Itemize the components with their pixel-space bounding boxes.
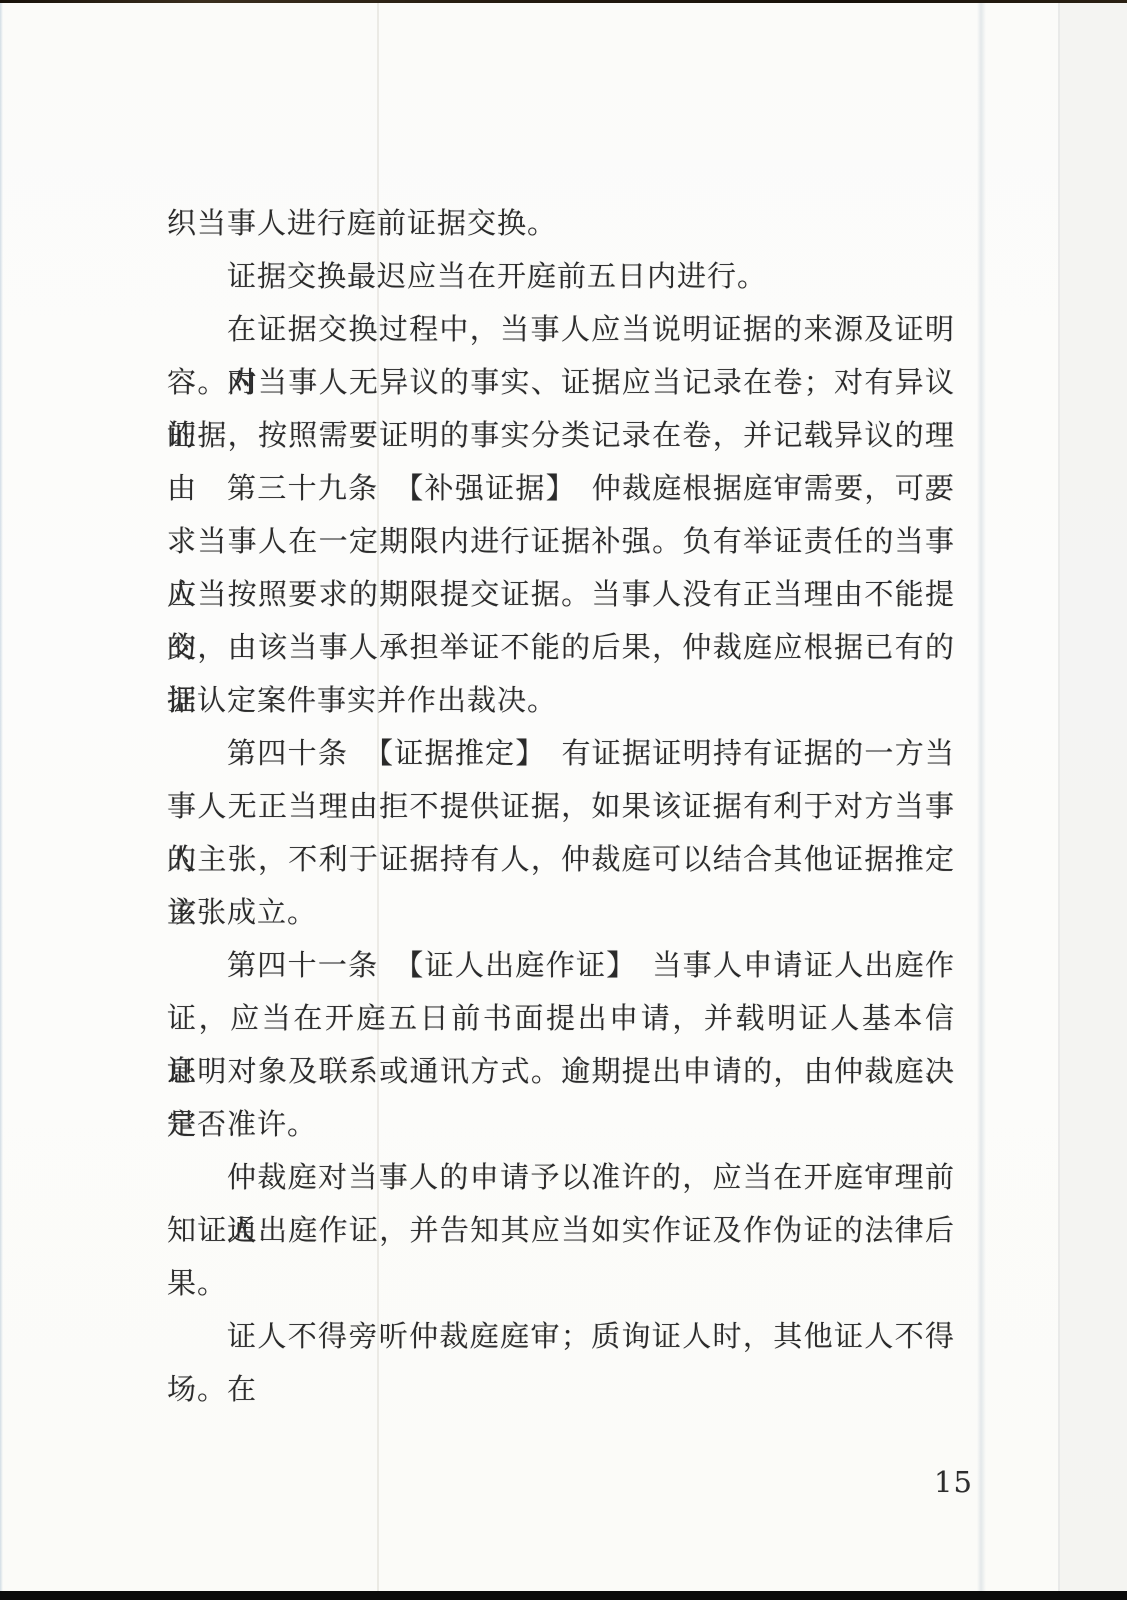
page-number: 15 — [934, 1465, 973, 1499]
document-text-block: 织当事人进行庭前证据交换。证据交换最迟应当在开庭前五日内进行。在证据交换过程中，… — [167, 197, 955, 1416]
text-line: 仲裁庭对当事人的申请予以准许的，应当在开庭审理前通 — [167, 1151, 955, 1204]
text-line: 是否准许。 — [167, 1098, 955, 1151]
page-fold-line — [977, 0, 986, 1600]
text-line: 证明对象及联系或通讯方式。逾期提出申请的，由仲裁庭决定 — [167, 1045, 955, 1098]
text-line: 第三十九条 【补强证据】 仲裁庭根据庭审需要，可要 — [167, 462, 955, 515]
scan-edge-top — [0, 0, 1127, 3]
text-line: 织当事人进行庭前证据交换。 — [167, 197, 955, 250]
text-line: 第四十一条 【证人出庭作证】 当事人申请证人出庭作 — [167, 939, 955, 992]
text-line: 的主张，不利于证据持有人，仲裁庭可以结合其他证据推定该 — [167, 833, 955, 886]
text-line: 求当事人在一定期限内进行证据补强。负有举证责任的当事人 — [167, 515, 955, 568]
scan-edge-bottom — [0, 1591, 1127, 1600]
scan-right-strip — [1060, 0, 1127, 1600]
text-line: 场。 — [167, 1363, 955, 1416]
text-line: 知证人出庭作证，并告知其应当如实作证及作伪证的法律后 — [167, 1204, 955, 1257]
text-line: 事人无正当理由拒不提供证据，如果该证据有利于对方当事人 — [167, 780, 955, 833]
scanned-document-page: 织当事人进行庭前证据交换。证据交换最迟应当在开庭前五日内进行。在证据交换过程中，… — [0, 0, 1127, 1600]
text-line: 的，由该当事人承担举证不能的后果，仲裁庭应根据已有的证 — [167, 621, 955, 674]
text-line: 容。对当事人无异议的事实、证据应当记录在卷；对有异议的 — [167, 356, 955, 409]
text-line: 应当按照要求的期限提交证据。当事人没有正当理由不能提交 — [167, 568, 955, 621]
text-line: 证人不得旁听仲裁庭庭审；质询证人时，其他证人不得在 — [167, 1310, 955, 1363]
text-line: 第四十条 【证据推定】 有证据证明持有证据的一方当 — [167, 727, 955, 780]
text-line: 果。 — [167, 1257, 955, 1310]
text-line: 据认定案件事实并作出裁决。 — [167, 674, 955, 727]
text-line: 主张成立。 — [167, 886, 955, 939]
scan-left-edge-line — [0, 0, 3, 1600]
text-line: 证据，按照需要证明的事实分类记录在卷，并记载异议的理由。 — [167, 409, 955, 462]
text-line: 证，应当在开庭五日前书面提出申请，并载明证人基本信息、 — [167, 992, 955, 1045]
text-line: 证据交换最迟应当在开庭前五日内进行。 — [167, 250, 955, 303]
text-line: 在证据交换过程中，当事人应当说明证据的来源及证明内 — [167, 303, 955, 356]
